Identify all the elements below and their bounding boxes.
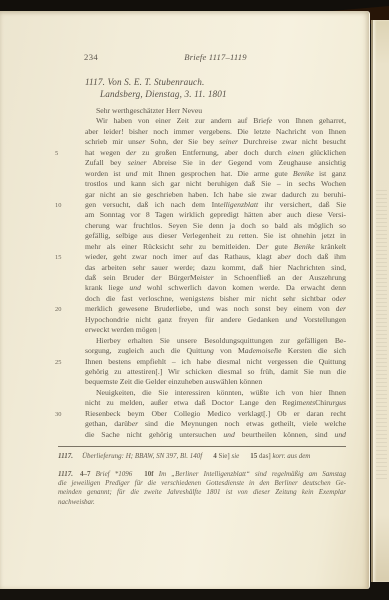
text-segment: cherung war fruchtlos. Seyen Sie denn ja… — [85, 221, 346, 230]
text-segment: Wir haben von einer Zeit zur andern auf … — [96, 116, 263, 125]
letter-line: das arbeiten sehr sauer werde; dazu komm… — [85, 263, 346, 273]
spacer — [202, 457, 213, 458]
running-head: Briefe 1117–1119 — [85, 52, 346, 62]
line-number: 15 — [55, 253, 71, 263]
text-segment: Brief *1096 — [96, 470, 133, 478]
text-segment: Im „Berliner Intelligenzblatt“ sind rege… — [159, 470, 346, 478]
text-segment: gethan, darüb — [85, 419, 132, 428]
text-segment: Abreise Sie in d — [147, 158, 216, 167]
letter-line: Hypochondrie nicht ganz freyen für ander… — [85, 315, 346, 325]
letter-line: am Sonntag vor 8 Tagen wirklich gepredig… — [85, 210, 346, 220]
text-segment: seiner — [219, 137, 238, 146]
text-segment: Überlieferung: H; BBAW, SN 397, Bl. 140f — [82, 452, 202, 460]
text-segment: Zufall bey — [85, 158, 128, 167]
letter-line: aber leider! bisher noch immer vergebens… — [85, 127, 346, 137]
text-segment: ister — [200, 273, 214, 282]
letter-line: 15wieder, geht zwar noch imer auf das Ra… — [85, 252, 346, 262]
letter-line: gethan, darüber sind die Meynungen noch … — [85, 419, 346, 429]
text-segment: gehörig zu attestiren[.] Wir schicken di… — [85, 367, 346, 376]
text-segment: Riesenbeck beym Ober Collegio Medico ver… — [85, 409, 346, 418]
commentary-line: die jeweiligen Prediger für die verschie… — [58, 479, 346, 488]
text-segment: ens — [204, 294, 214, 303]
text-segment: die Sache nicht gehörig untersuchen — [85, 430, 223, 439]
text-segment: ihr versichert, daß Sie — [258, 200, 346, 209]
text-segment: von Ihnen geharret, — [272, 116, 346, 125]
letter-line: daß sein Bruder der BürgerMeister in Sch… — [85, 273, 346, 283]
text-segment: und — [126, 169, 138, 178]
text-segment: doch die fast verloschne, wenigst — [85, 294, 204, 303]
text-segment: schrieb mir uns — [85, 137, 139, 146]
letter-line: 20merklich gewesene Bruderliebe, und was… — [85, 304, 346, 314]
text-segment: die jeweiligen Prediger für die verschie… — [58, 479, 346, 487]
letter-line: die Sache nicht gehörig untersuchen und … — [85, 430, 346, 440]
text-segment: und — [285, 315, 297, 324]
text-segment: daß sein Bruder d — [85, 273, 155, 282]
text-segment: Benike — [293, 169, 314, 178]
commentary: 1117.4–7 Brief *109610f Im „Berliner Int… — [58, 470, 346, 507]
text-segment: 15 — [250, 452, 259, 460]
text-segment: krank liege — [85, 283, 129, 292]
text-segment: Gegend vom Zeughause ansichtig — [222, 158, 346, 167]
text-segment: ents — [303, 398, 315, 407]
text-segment: das arbeiten sehr sauer werde; dazu komm… — [85, 263, 346, 272]
line-number: 20 — [55, 305, 71, 315]
book-scan: 234 Briefe 1117–1119 1117. Von S. E. T. … — [0, 0, 389, 600]
text-segment: le Kersten die sich — [276, 346, 346, 355]
letter-line: 30Riesenbeck beym Ober Collegio Medico v… — [85, 409, 346, 419]
letter-line: 10gen versucht, daß ich nach dem Intelli… — [85, 200, 346, 210]
letter-line: Sehr werthgeschätzter Herr Neveu — [85, 106, 346, 116]
letter-line: 25Ihnen bestens empfiehlt – ich habe die… — [85, 357, 346, 367]
commentary-line: 1117.4–7 Brief *109610f Im „Berliner Int… — [58, 470, 346, 479]
letter-line: worden ist und mit Ihnen gesprochen hat.… — [85, 169, 346, 179]
letter-line: Hierbey erhalten Sie unsere Besoldungsqu… — [85, 336, 346, 346]
text-segment: beurtheilen können, sind — [235, 430, 335, 439]
text-segment: von M — [214, 346, 245, 355]
text-segment: nachweisbar. — [58, 498, 95, 506]
spacer — [73, 457, 82, 458]
text-segment: Lange den Regim — [233, 398, 302, 407]
line-number: 5 — [55, 149, 71, 159]
letter-line: gehörig zu attestiren[.] Wir schicken di… — [85, 367, 346, 377]
letter-line: Wir haben von einer Zeit zur andern auf … — [85, 116, 346, 126]
text-segment: er — [340, 304, 346, 313]
text-segment: meinden genannt; für die zweite Jahreshä… — [58, 488, 346, 496]
text-segment: ist ganz — [314, 169, 346, 178]
letter-line: mehr als einer Rücksicht sehr zu bemitle… — [85, 242, 346, 252]
line-number: 30 — [55, 410, 71, 420]
page-header: 234 Briefe 1117–1119 — [85, 52, 346, 62]
page-show-through — [376, 190, 387, 480]
text-segment: 10f — [144, 470, 158, 478]
line-number: 25 — [55, 358, 71, 368]
letter-line: Zufall bey seiner Abreise Sie in der Geg… — [85, 158, 346, 168]
letter-heading-line2: Landsberg, Dienstag, 3. 11. 1801 — [85, 89, 227, 101]
text-segment: BürgerMe — [162, 273, 201, 282]
text-segment: trostlos und kann sich gar nicht beruhig… — [85, 179, 346, 188]
text-segment: wohl schwerlich davon komen werde. Da er… — [141, 283, 346, 292]
text-segment: Neuigkeiten, die Sie interessiren könnte… — [96, 388, 346, 397]
text-segment: efe — [263, 116, 272, 125]
letter-line: schrieb mir unser Sohn, der Sie bey sein… — [85, 137, 346, 147]
letter-heading: 1117. Von S. E. T. Stubenrauch. Landsber… — [85, 77, 227, 100]
spacer — [73, 475, 80, 476]
text-segment: am Sonntag vor 8 Tagen wirklich gepredig… — [85, 210, 346, 219]
text-segment: Ihnen bestens empfiehlt – ich habe diesm… — [85, 357, 346, 366]
text-segment: in Schoenfließ an der Auszehrung — [214, 273, 346, 282]
text-segment: Chir — [315, 398, 329, 407]
text-segment: gen versucht, daß ich nach dem Int — [85, 200, 220, 209]
letter-line: nicht zu melden, außer etwa daß Doctor L… — [85, 398, 346, 408]
commentary-line: nachweisbar. — [58, 498, 346, 507]
text-segment: Sie] — [218, 452, 231, 460]
text-segment: 1117. — [58, 470, 73, 478]
letter-line: 5hat wegen der zu großen Entfernung, abe… — [85, 148, 346, 158]
text-segment: gar nicht an sie geschrieben haben. Ich … — [85, 190, 346, 199]
text-segment: wieder, geht zwar noch imer auf das Rath… — [85, 252, 285, 261]
text-segment: aber leider! bisher noch immer vergebens… — [85, 127, 346, 136]
text-segment: elligenzblatt — [220, 200, 258, 209]
text-segment: hat wegen d — [85, 148, 130, 157]
text-segment: 1117. — [58, 452, 73, 460]
text-segment: kränkelt — [315, 242, 346, 251]
letter-line: doch die fast verloschne, wenigstens bis… — [85, 294, 346, 304]
letter-line: gar nicht an sie geschrieben haben. Ich … — [85, 190, 346, 200]
text-segment: korr. aus dem — [272, 452, 310, 460]
apparatus-divider — [58, 446, 346, 448]
letter-line: Neuigkeiten, die Sie interessiren könnte… — [85, 388, 346, 398]
text-segment: bisher mir nicht sehr sichtbar od — [214, 294, 340, 303]
letter-line: trostlos und kann sich gar nicht beruhig… — [85, 179, 346, 189]
text-segment: bequemste Zeit die Gelder einzuheben aus… — [85, 377, 262, 386]
letter-line: cherung war fruchtlos. Seyen Sie denn ja… — [85, 221, 346, 231]
commentary-line: meinden genannt; für die zweite Jahreshä… — [58, 488, 346, 497]
spacer — [132, 475, 144, 476]
text-segment: Hypochondrie nicht ganz freyen für ander… — [85, 315, 285, 324]
book-fore-edge — [371, 20, 389, 582]
text-segment: einen — [288, 148, 305, 157]
text-segment: mit Ihnen gesprochen hat. Die arme gute — [137, 169, 293, 178]
line-number: 10 — [55, 201, 71, 211]
text-segment: urgus — [329, 398, 346, 407]
textual-apparatus: 1117.Überlieferung: H; BBAW, SN 397, Bl.… — [58, 452, 358, 461]
text-segment: merklich gewesene Bruderliebe, und was n… — [85, 304, 340, 313]
text-segment: erweckt werden mögen | — [85, 325, 160, 334]
text-segment: und — [129, 283, 141, 292]
text-segment: sorgung, zugleich auch die Quitt — [85, 346, 202, 355]
text-segment: worden ist — [85, 169, 126, 178]
text-segment: doch daß ihm — [291, 252, 346, 261]
letter-body: Sehr werthgeschätzter Herr NeveuWir habe… — [85, 106, 346, 440]
letter-line: sorgung, zugleich auch die Quittung von … — [85, 346, 346, 356]
text-segment: Vorstellungen — [297, 315, 346, 324]
text-segment: Sehr werthgeschätzter Herr Neveu — [96, 106, 202, 115]
spacer — [239, 457, 250, 458]
text-segment: sie — [231, 452, 239, 460]
text-segment: sind die Meynungen noch etwas getheilt, … — [138, 419, 346, 428]
text-segment: das] — [259, 452, 272, 460]
text-segment: gefällig, selbige aus dieser Verlegenhei… — [85, 231, 346, 240]
text-segment: und — [334, 430, 346, 439]
text-segment: glücklichen — [304, 148, 346, 157]
letter-line: gefällig, selbige aus dieser Verlegenhei… — [85, 231, 346, 241]
text-segment: er — [340, 294, 346, 303]
text-segment: ung — [202, 346, 214, 355]
text-segment: Durchreise zwar nicht besucht — [238, 137, 346, 146]
text-segment: mehr als einer Rücksicht sehr zu bemitle… — [85, 242, 262, 251]
letter-line: bequemste Zeit die Gelder einzuheben aus… — [85, 377, 346, 387]
book-page: 234 Briefe 1117–1119 1117. Von S. E. T. … — [0, 11, 370, 589]
letter-line: krank liege und wohl schwerlich davon ko… — [85, 283, 346, 293]
text-segment: Sohn, der Sie bey — [145, 137, 219, 146]
page-number: 234 — [84, 52, 98, 62]
letter-line: erweckt werden mögen | — [85, 325, 346, 335]
text-segment: Hierbey erhalten Sie unsere Besoldungsqu… — [96, 336, 346, 345]
text-segment: 4–7 — [80, 470, 96, 478]
text-segment: Benike — [294, 242, 315, 251]
text-segment: ademoisel — [245, 346, 276, 355]
letter-heading-line1: 1117. Von S. E. T. Stubenrauch. — [85, 77, 227, 89]
text-segment: seiner — [128, 158, 147, 167]
text-segment: zu großen Entfernung, aber doch durch — [136, 148, 287, 157]
text-segment: und — [223, 430, 235, 439]
text-segment: gute — [268, 242, 293, 251]
text-segment: nicht zu melden, außer etwa daß Doct — [85, 398, 227, 407]
